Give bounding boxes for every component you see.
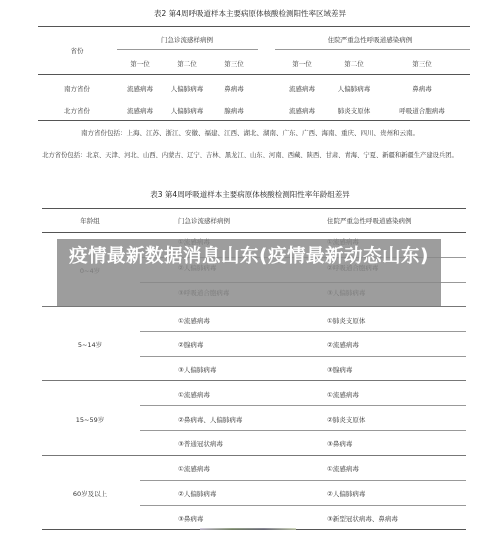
table2-header-rule: [38, 74, 470, 75]
table2-rank-header: 第一位: [292, 59, 312, 68]
table2-cell: 鼻病毒: [224, 84, 244, 93]
table3-row-rule: [140, 356, 466, 357]
table2-note-south: 南方省份包括：上海、江苏、浙江、安徽、福建、江西、湖北、湖南、广东、广西、海南、…: [0, 128, 500, 137]
table2-cell: 肺炎支原体: [338, 106, 371, 115]
table2-rank-header: 第二位: [344, 59, 364, 68]
table3-title: 表3 第4周呼吸道样本主要病原体核酸检测阳性率年龄组差异: [0, 189, 500, 200]
table3-outpatient-cell: ②鼻病毒、人偏肺病毒: [178, 415, 242, 424]
table2-cell: 鼻病毒: [412, 84, 432, 93]
table3-age-label: 5~14岁: [78, 340, 102, 349]
table3-inpatient-cell: ①流感病毒: [327, 390, 359, 399]
table3-header-age: 年龄组: [80, 216, 100, 225]
table2-row-header: 省份: [71, 46, 84, 55]
table3-age-label: 15~59岁: [76, 415, 105, 424]
table3-group-rule: [42, 306, 466, 307]
table3-outpatient-cell: ①流感病毒: [178, 464, 210, 473]
table3-group-rule: [42, 455, 466, 456]
table2-note-north: 北方省份包括：北京、天津、河北、山西、内蒙古、辽宁、吉林、黑龙江、山东、河南、西…: [0, 150, 500, 159]
table3-inpatient-cell: ③新型冠状病毒、鼻病毒: [327, 514, 398, 523]
table3-outpatient-cell: ①流感病毒: [178, 316, 210, 325]
table2-title: 表2 第4周呼吸道样本主要病原体核酸检测阳性率区域差异: [0, 8, 500, 19]
table3-inpatient-cell: ③腺病毒: [327, 365, 352, 374]
scan-artifact: [200, 528, 296, 530]
table3-group-rule: [42, 380, 466, 381]
table3-row-rule: [140, 331, 466, 332]
table3-inpatient-cell: ②人偏肺病毒: [327, 489, 365, 498]
table2-group-header-outpatient: 门急诊流感样病例: [161, 35, 213, 44]
table3-header-rule: [42, 232, 466, 233]
table3-header-inpatient: 住院严重急性呼吸道感染病例: [327, 216, 412, 225]
table3-outpatient-cell: ③人偏肺病毒: [178, 365, 216, 374]
table3-header-outpatient: 门急诊流感样病例: [178, 216, 230, 225]
table3-outpatient-cell: ②人偏肺病毒: [178, 489, 216, 498]
table2-group-rule-outpatient: [117, 49, 258, 50]
table3-inpatient-cell: ②肺炎支原体: [327, 415, 365, 424]
table2-rank-header: 第三位: [224, 59, 244, 68]
table2-cell: 呼吸道合胞病毒: [399, 106, 445, 115]
table2-rank-header: 第一位: [130, 59, 150, 68]
table2-cell: 流感病毒: [289, 106, 315, 115]
table3-outpatient-cell: ③鼻病毒: [178, 514, 203, 523]
table2-rank-header: 第二位: [177, 59, 197, 68]
table3-outpatient-cell: ②腺病毒: [178, 340, 203, 349]
table3-row-rule: [140, 505, 466, 506]
table2-cell: 人偏肺病毒: [171, 106, 204, 115]
table2-bottom-rule: [38, 120, 470, 121]
table2-group-rule-inpatient: [275, 49, 470, 50]
table2-cell: 流感病毒: [127, 106, 153, 115]
table2-cell: 流感病毒: [289, 84, 315, 93]
table2-group-header-inpatient: 住院严重急性呼吸道感染病例: [328, 35, 413, 44]
headline-text: 疫情最新数据消息山东(疫情最新动态山东): [57, 239, 441, 270]
table3-row-rule: [140, 480, 466, 481]
table3-age-label: 60岁及以上: [73, 489, 107, 498]
table3-top-rule: [42, 208, 466, 209]
table2-top-rule: [38, 26, 470, 27]
table2-cell: 腺病毒: [224, 106, 244, 115]
table2-rank-header: 第三位: [412, 59, 432, 68]
table2-cell: 人偏肺病毒: [338, 84, 371, 93]
table3-row-rule: [140, 405, 466, 406]
table3-inpatient-cell: ③鼻病毒: [327, 439, 352, 448]
table2-cell: 人偏肺病毒: [171, 84, 204, 93]
table3-inpatient-cell: ②流感病毒: [327, 340, 359, 349]
table2-row-label: 北方省份: [64, 106, 90, 115]
table2-cell: 流感病毒: [127, 84, 153, 93]
table2-row-label: 南方省份: [64, 84, 90, 93]
table3-outpatient-cell: ①流感病毒: [178, 390, 210, 399]
table3-row-rule: [140, 430, 466, 431]
table3-inpatient-cell: ①肺炎支原体: [327, 316, 365, 325]
table3-inpatient-cell: ①流感病毒: [327, 464, 359, 473]
table3-outpatient-cell: ③普通冠状病毒: [178, 439, 223, 448]
